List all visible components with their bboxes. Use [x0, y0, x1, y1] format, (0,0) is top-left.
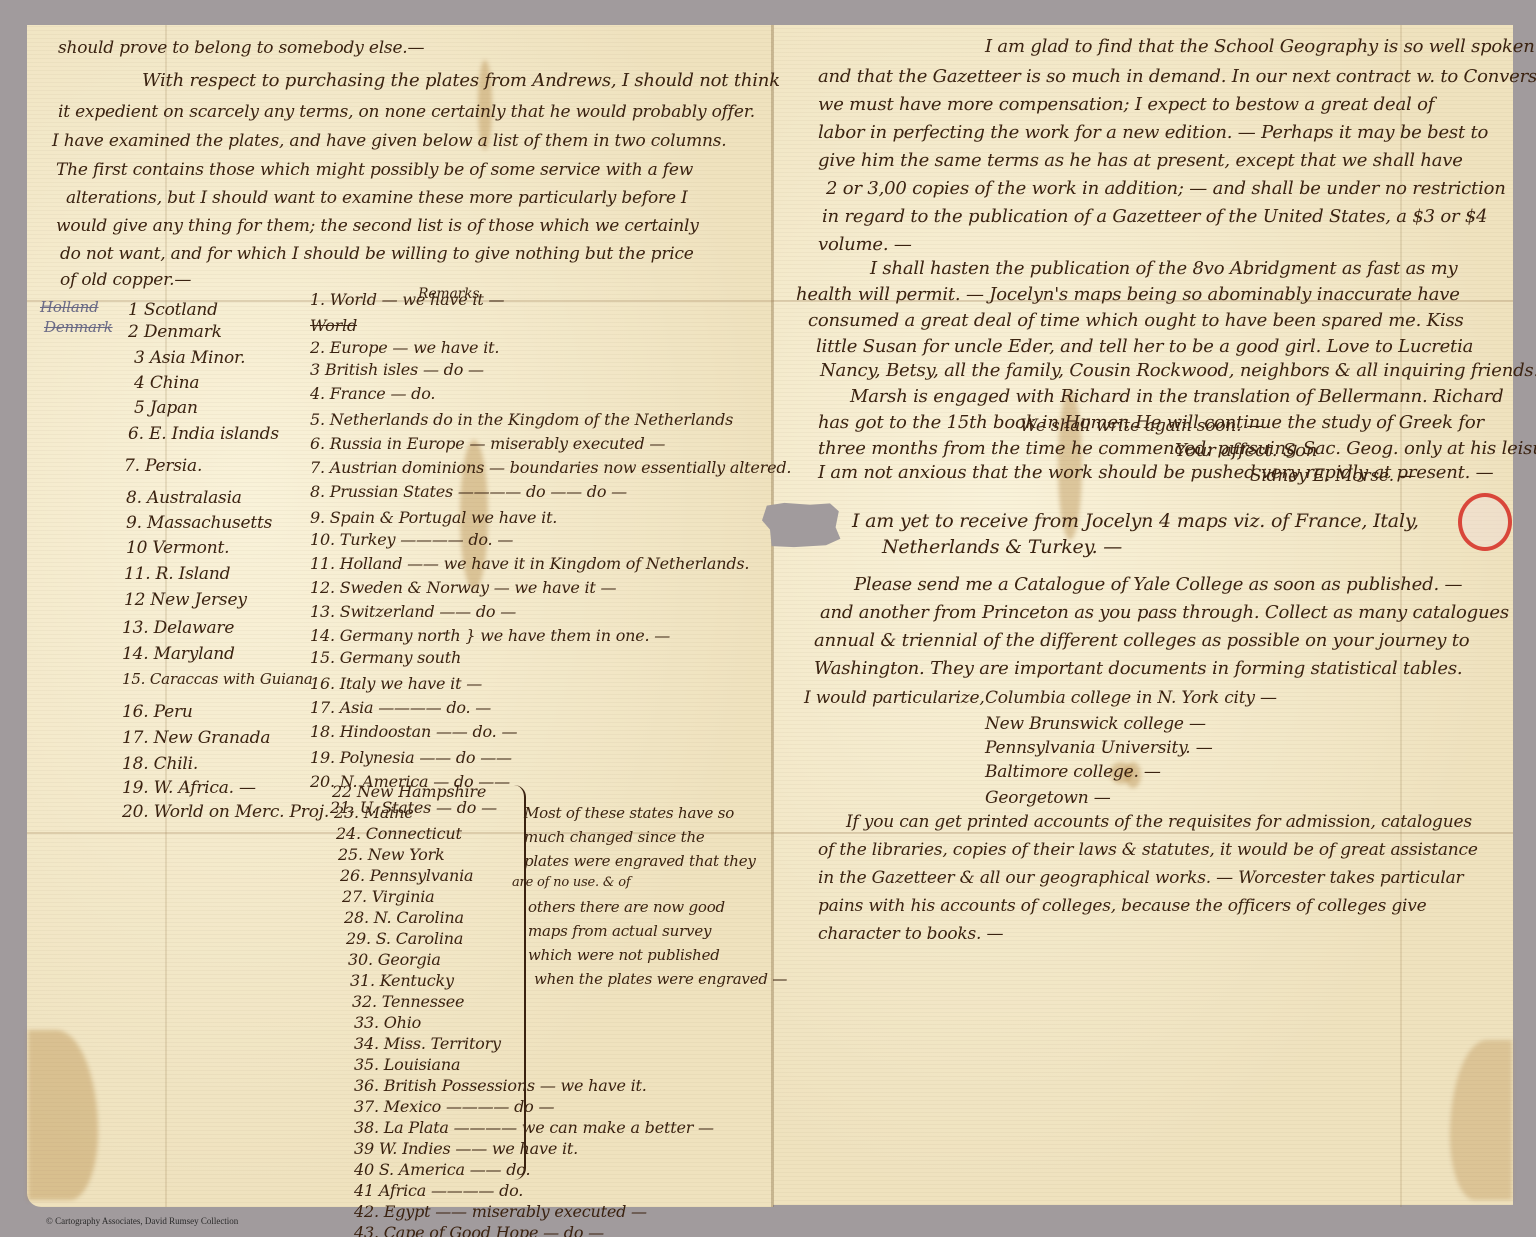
plate-name: 6. Russia in Europe	[310, 434, 465, 453]
plate-remark: } we have them in one. —	[461, 626, 671, 645]
paper-hole	[762, 502, 842, 548]
plate-name: 19. Polynesia	[310, 748, 414, 767]
plate-list-item: 13. Delaware	[122, 620, 234, 637]
plate-name: 10. Turkey	[310, 530, 395, 549]
plate-list-item: World	[310, 318, 357, 334]
plate-list-item: 12. Sweden & Norway — we have it —	[310, 580, 616, 596]
plate-list-item: 15. Caraccas with Guiana	[122, 672, 313, 687]
plate-remark: —— we have it in Kingdom of Netherlands.	[402, 554, 749, 573]
plate-list-item: 12 New Jersey	[124, 592, 247, 609]
plate-list-item: 26. Pennsylvania	[340, 868, 473, 884]
plate-list-item: 6. E. India islands	[128, 426, 279, 443]
plate-name: 16. Italy	[310, 674, 375, 693]
plate-remark: ———— we can make a better —	[449, 1118, 714, 1137]
letter-line: give him the same terms as he has at pre…	[818, 152, 1463, 170]
plate-list-item: 3 British isles — do —	[310, 362, 484, 378]
plate-name: 38. La Plata	[354, 1118, 449, 1137]
plate-remark: — we have it.	[535, 1076, 647, 1095]
plate-name: 22 New Hampshire	[332, 782, 486, 801]
intro-line: alterations, but I should want to examin…	[66, 190, 688, 207]
plate-list-item: 25. New York	[338, 847, 445, 863]
letter-line: health will permit. — Jocelyn's maps bei…	[796, 286, 1460, 304]
plate-name: World	[310, 316, 357, 335]
plate-list-item: 35. Louisiana	[354, 1057, 460, 1073]
plate-list-item: 7. Persia.	[124, 458, 202, 475]
catalogue-line: annual & triennial of the different coll…	[814, 632, 1469, 650]
plate-list-item: 4 China	[134, 375, 199, 392]
plate-list-item: 4. France — do.	[310, 386, 435, 402]
plate-name: 8. Prussian States	[310, 482, 453, 501]
intro-line: of old copper.—	[60, 272, 191, 289]
plate-list-item: 42. Egypt —— miserably executed —	[354, 1204, 647, 1220]
plate-remark: —— miserably executed —	[430, 1202, 646, 1221]
plate-remark: —— do —	[435, 602, 517, 621]
plate-name: 34. Miss. Territory	[354, 1034, 501, 1053]
plate-name: 5. Netherlands	[310, 410, 428, 429]
states-note-line: plates were engraved that they	[524, 854, 756, 869]
plate-name: 7. Austrian dominions	[310, 458, 484, 477]
letter-line: we must have more compensation; I expect…	[818, 96, 1434, 114]
red-wax-seal-mark	[1458, 493, 1512, 551]
plate-list-item: 34. Miss. Territory	[354, 1036, 501, 1052]
plate-list-item: 8. Prussian States ———— do —— do —	[310, 484, 627, 500]
intro-line: it expedient on scarcely any terms, on n…	[58, 104, 755, 121]
plate-list-item: 2 Denmark	[128, 324, 222, 341]
plate-list-item: 9. Massachusetts	[126, 515, 272, 532]
college-list-item: New Brunswick college —	[985, 716, 1206, 733]
plate-remark: ———— do. —	[395, 530, 513, 549]
plate-remark: ———— do.	[426, 1181, 523, 1200]
plate-name: 15. Germany south	[310, 648, 461, 667]
plate-list-item: 20. World on Merc. Proj.	[122, 804, 329, 821]
plate-name: 9. Spain & Portugal	[310, 508, 466, 527]
plate-list-item: 16. Italy we have it —	[310, 676, 482, 692]
plate-remark: — boundaries now essentially altered.	[484, 458, 791, 477]
intro-line: With respect to purchasing the plates fr…	[142, 72, 780, 90]
states-note-line: when the plates were engraved —	[534, 972, 787, 987]
plate-list-item: 17. Asia ———— do. —	[310, 700, 491, 716]
letter-line: consumed a great deal of time which ough…	[808, 312, 1464, 330]
plate-remark: ———— do —	[441, 1097, 554, 1116]
final-paragraph-line: of the libraries, copies of their laws &…	[818, 842, 1478, 859]
plate-list-item: 38. La Plata ———— we can make a better —	[354, 1120, 714, 1136]
plate-name: 25. New York	[338, 845, 445, 864]
plate-list-item: 24. Connecticut	[336, 826, 462, 842]
intro-line: should prove to belong to somebody else.…	[58, 40, 424, 57]
plate-list-item: 5. Netherlands do in the Kingdom of the …	[310, 412, 733, 428]
letter-line: Marsh is engaged with Richard in the tra…	[850, 388, 1503, 406]
states-note-line: others there are now good	[528, 900, 725, 915]
struck-entry: Denmark	[44, 320, 113, 335]
plate-name: 3 British isles	[310, 360, 418, 379]
college-list-item: Pennsylvania University. —	[985, 740, 1213, 757]
plate-list-item: 18. Hindoostan —— do. —	[310, 724, 517, 740]
plate-name: 37. Mexico	[354, 1097, 441, 1116]
plate-name: 27. Virginia	[342, 887, 435, 906]
letter-line: I shall hasten the publication of the 8v…	[870, 260, 1458, 278]
plate-name: 29. S. Carolina	[346, 929, 463, 948]
plate-name: 33. Ohio	[354, 1013, 421, 1032]
states-note-line: are of no use. & of	[512, 876, 630, 889]
plate-name: 17. Asia	[310, 698, 373, 717]
plate-remark: we have it.	[466, 508, 557, 527]
states-note-line: maps from actual survey	[528, 924, 711, 939]
final-paragraph-line: If you can get printed accounts of the r…	[846, 814, 1472, 831]
plate-list-item: 40 S. America —— do.	[354, 1162, 530, 1178]
plate-list-item: 29. S. Carolina	[346, 931, 463, 947]
plate-list-item: 10. Turkey ———— do. —	[310, 532, 513, 548]
plate-list-item: 14. Maryland	[122, 646, 235, 663]
plate-list-item: 5 Japan	[134, 400, 198, 417]
closing-line: We shall write again soon. —	[1020, 418, 1263, 435]
plate-remark: we have it —	[375, 674, 482, 693]
plate-name: 41 Africa	[354, 1181, 426, 1200]
plate-list-item: 6. Russia in Europe — miserably executed…	[310, 436, 665, 452]
plate-name: 2. Europe	[310, 338, 388, 357]
plate-list-item: 18. Chili.	[122, 756, 198, 773]
plate-name: 36. British Possessions	[354, 1076, 535, 1095]
plate-list-item: 36. British Possessions — we have it.	[354, 1078, 647, 1094]
college-list-item: Baltimore college. —	[985, 764, 1161, 781]
college-list-item: Georgetown —	[985, 790, 1111, 807]
copyright-notice: © Cartography Associates, David Rumsey C…	[46, 1216, 238, 1226]
plate-list-item: 15. Germany south	[310, 650, 461, 666]
plate-name: 40 S. America	[354, 1160, 465, 1179]
plate-name: 32. Tennessee	[352, 992, 464, 1011]
plate-list-item: 17. New Granada	[122, 730, 270, 747]
plate-name: 43. Cape of Good Hope	[354, 1223, 538, 1237]
final-paragraph-line: pains with his accounts of colleges, bec…	[818, 898, 1427, 915]
plate-list-item: 10 Vermont.	[126, 540, 229, 557]
intro-line: The first contains those which might pos…	[56, 162, 693, 179]
plate-list-item: 19. W. Africa. —	[122, 780, 256, 797]
plate-list-item: 31. Kentucky	[350, 973, 454, 989]
plate-list-item: 19. Polynesia —— do ——	[310, 750, 512, 766]
plate-remark: — we have it —	[489, 578, 617, 597]
plate-name: 4. France	[310, 384, 386, 403]
plate-list-item: 30. Georgia	[348, 952, 441, 968]
postscript-line: I am yet to receive from Jocelyn 4 maps …	[852, 512, 1419, 531]
plate-list-item: 32. Tennessee	[352, 994, 464, 1010]
catalogue-line: Washington. They are important documents…	[814, 660, 1462, 678]
plate-remark: ———— do —— do —	[453, 482, 627, 501]
letter-line: little Susan for uncle Eder, and tell he…	[816, 338, 1473, 356]
plate-list-item: 28. N. Carolina	[344, 910, 464, 926]
plate-remark: — do —	[538, 1223, 604, 1237]
letter-line: 2 or 3,00 copies of the work in addition…	[826, 180, 1506, 198]
plate-name: 23. Maine	[334, 803, 414, 822]
plate-remark: — miserably executed —	[465, 434, 666, 453]
intro-line: do not want, and for which I should be w…	[60, 246, 694, 263]
final-paragraph-line: in the Gazetteer & all our geographical …	[818, 870, 1463, 887]
postscript-line: Netherlands & Turkey. —	[882, 538, 1122, 557]
plate-list-item: 22 New Hampshire	[332, 784, 486, 800]
plate-list-item: 16. Peru	[122, 704, 193, 721]
center-fold	[771, 25, 774, 1207]
plate-name: 26. Pennsylvania	[340, 866, 473, 885]
plate-list-item: 41 Africa ———— do.	[354, 1183, 523, 1199]
letter-line: volume. —	[818, 236, 912, 254]
plate-list-item: 27. Virginia	[342, 889, 435, 905]
catalogue-line: I would particularize,	[804, 690, 985, 707]
plate-remark: do in the Kingdom of the Netherlands	[428, 410, 733, 429]
catalogue-line: Please send me a Catalogue of Yale Colle…	[854, 576, 1462, 594]
plate-name: 24. Connecticut	[336, 824, 462, 843]
plate-list-item: 7. Austrian dominions — boundaries now e…	[310, 460, 791, 476]
plate-remark: — we have it.	[388, 338, 500, 357]
plate-list-item: 23. Maine	[334, 805, 414, 821]
plate-name: 31. Kentucky	[350, 971, 454, 990]
plate-list-item: 43. Cape of Good Hope — do —	[354, 1225, 604, 1237]
catalogue-line: and another from Princeton as you pass t…	[820, 604, 1509, 622]
plate-remark: — do.	[386, 384, 436, 403]
plate-remark: — do —	[418, 360, 484, 379]
plate-list-item: 1. World — we have it —	[310, 292, 504, 308]
plate-list-item: 14. Germany north } we have them in one.…	[310, 628, 670, 644]
plate-remark: — we have it —	[377, 290, 505, 309]
plate-list-item: 1 Scotland	[128, 302, 218, 319]
plate-list-item: 11. R. Island	[124, 566, 230, 583]
intro-line: would give any thing for them; the secon…	[56, 218, 699, 235]
intro-line: I have examined the plates, and have giv…	[52, 133, 726, 150]
fold-line	[27, 832, 1513, 834]
plate-name: 18. Hindoostan	[310, 722, 431, 741]
plate-name: 42. Egypt	[354, 1202, 430, 1221]
states-note-line: much changed since the	[524, 830, 705, 845]
plate-list-item: 3 Asia Minor.	[134, 350, 245, 367]
plate-list-item: 13. Switzerland —— do —	[310, 604, 516, 620]
letter-line: Nancy, Betsy, all the family, Cousin Roc…	[820, 362, 1536, 380]
plate-name: 11. Holland	[310, 554, 402, 573]
letter-line: labor in perfecting the work for a new e…	[818, 124, 1488, 142]
plate-list-item: 9. Spain & Portugal we have it.	[310, 510, 557, 526]
plate-name: 39 W. Indies	[354, 1139, 451, 1158]
plate-remark: —— do. —	[431, 722, 517, 741]
plate-remark: —— do ——	[414, 748, 511, 767]
signature: Sidney E. Morse. —	[1250, 468, 1416, 485]
plate-name: 28. N. Carolina	[344, 908, 464, 927]
closing-salutation: Your affect. Son	[1175, 442, 1317, 460]
plate-list-item: 11. Holland —— we have it in Kingdom of …	[310, 556, 749, 572]
plate-list-item: 39 W. Indies —— we have it.	[354, 1141, 578, 1157]
plate-name: 13. Switzerland	[310, 602, 435, 621]
plate-list-item: 33. Ohio	[354, 1015, 421, 1031]
letter-line: I am glad to find that the School Geogra…	[985, 38, 1536, 56]
plate-remark: ———— do. —	[373, 698, 491, 717]
plate-list-item: 8. Australasia	[126, 490, 242, 507]
plate-name: 1. World	[310, 290, 377, 309]
letter-line: in regard to the publication of a Gazett…	[822, 208, 1487, 226]
plate-name: 30. Georgia	[348, 950, 441, 969]
letter-line: and that the Gazetteer is so much in dem…	[818, 68, 1536, 86]
college-list-item: Columbia college in N. York city —	[985, 690, 1277, 707]
final-paragraph-line: character to books. —	[818, 926, 1003, 943]
plate-name: 12. Sweden & Norway	[310, 578, 489, 597]
plate-name: 14. Germany north	[310, 626, 461, 645]
plate-list-item: 2. Europe — we have it.	[310, 340, 499, 356]
states-note-line: which were not published	[528, 948, 720, 963]
states-note-line: Most of these states have so	[524, 806, 734, 821]
plate-name: 35. Louisiana	[354, 1055, 460, 1074]
struck-entry: Holland	[40, 300, 99, 315]
